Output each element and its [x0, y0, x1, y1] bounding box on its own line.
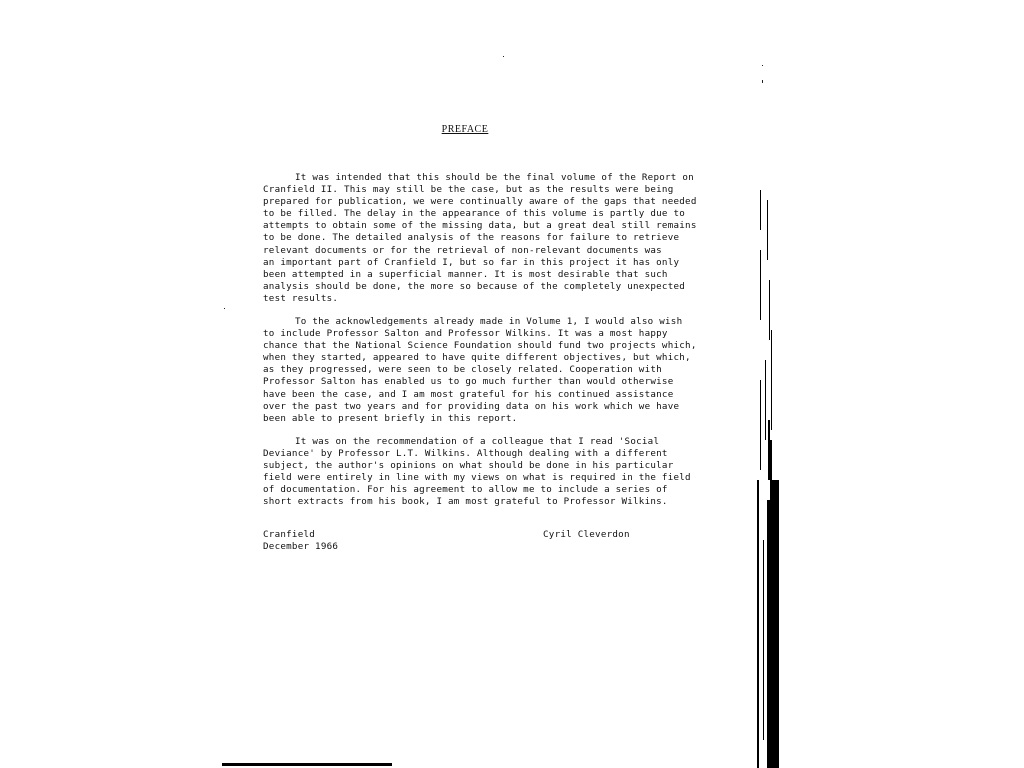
- paragraph-3: It was on the recommendation of a collea…: [263, 436, 693, 509]
- text-line: to be done. The detailed analysis of the…: [263, 232, 693, 244]
- text-line: of documentation. For his agreement to a…: [263, 484, 693, 496]
- text-line: have been the case, and I am most gratef…: [263, 389, 693, 401]
- text-line: To the acknowledgements already made in …: [263, 316, 693, 328]
- paragraph-1: It was intended that this should be the …: [263, 172, 693, 305]
- scan-speck: [762, 65, 763, 66]
- text-line: chance that the National Science Foundat…: [263, 340, 693, 352]
- text-line: attempts to obtain some of the missing d…: [263, 220, 693, 232]
- scan-speck: [503, 56, 504, 57]
- text-line: to be filled. The delay in the appearanc…: [263, 208, 693, 220]
- text-line: relevant documents or for the retrieval …: [263, 245, 693, 257]
- scan-speck: [224, 308, 225, 309]
- signature-place-date: Cranfield December 1966: [263, 529, 338, 553]
- text-line: It was on the recommendation of a collea…: [263, 436, 693, 448]
- signature-author-block: Cyril Cleverdon: [543, 529, 630, 541]
- text-line: over the past two years and for providin…: [263, 401, 693, 413]
- paragraph-2: To the acknowledgements already made in …: [263, 316, 693, 425]
- text-line: Deviance' by Professor L.T. Wilkins. Alt…: [263, 448, 693, 460]
- text-line: been able to present briefly in this rep…: [263, 413, 693, 425]
- scan-bottom-edge: [222, 763, 392, 766]
- text-line: to include Professor Salton and Professo…: [263, 328, 693, 340]
- signature-author: Cyril Cleverdon: [543, 529, 630, 541]
- text-line: It was intended that this should be the …: [263, 172, 693, 184]
- text-line: prepared for publication, we were contin…: [263, 196, 693, 208]
- signature-place: Cranfield: [263, 529, 338, 541]
- text-line: as they progressed, were seen to be clos…: [263, 364, 693, 376]
- text-line: Professor Salton has enabled us to go mu…: [263, 376, 693, 388]
- page-title: PREFACE: [0, 124, 930, 135]
- text-line: field were entirely in line with my view…: [263, 472, 693, 484]
- text-line: when they started, appeared to have quit…: [263, 352, 693, 364]
- text-line: analysis should be done, the more so bec…: [263, 281, 693, 293]
- scan-speck: [762, 80, 763, 83]
- signature-date: December 1966: [263, 541, 338, 553]
- text-line: short extracts from his book, I am most …: [263, 496, 693, 508]
- text-line: an important part of Cranfield I, but so…: [263, 257, 693, 269]
- text-line: subject, the author's opinions on what s…: [263, 460, 693, 472]
- text-line: been attempted in a superficial manner. …: [263, 269, 693, 281]
- text-line: test results.: [263, 293, 693, 305]
- scanned-page: PREFACE It was intended that this should…: [0, 0, 1024, 768]
- scan-edge-artifact: [757, 0, 779, 768]
- text-line: Cranfield II. This may still be the case…: [263, 184, 693, 196]
